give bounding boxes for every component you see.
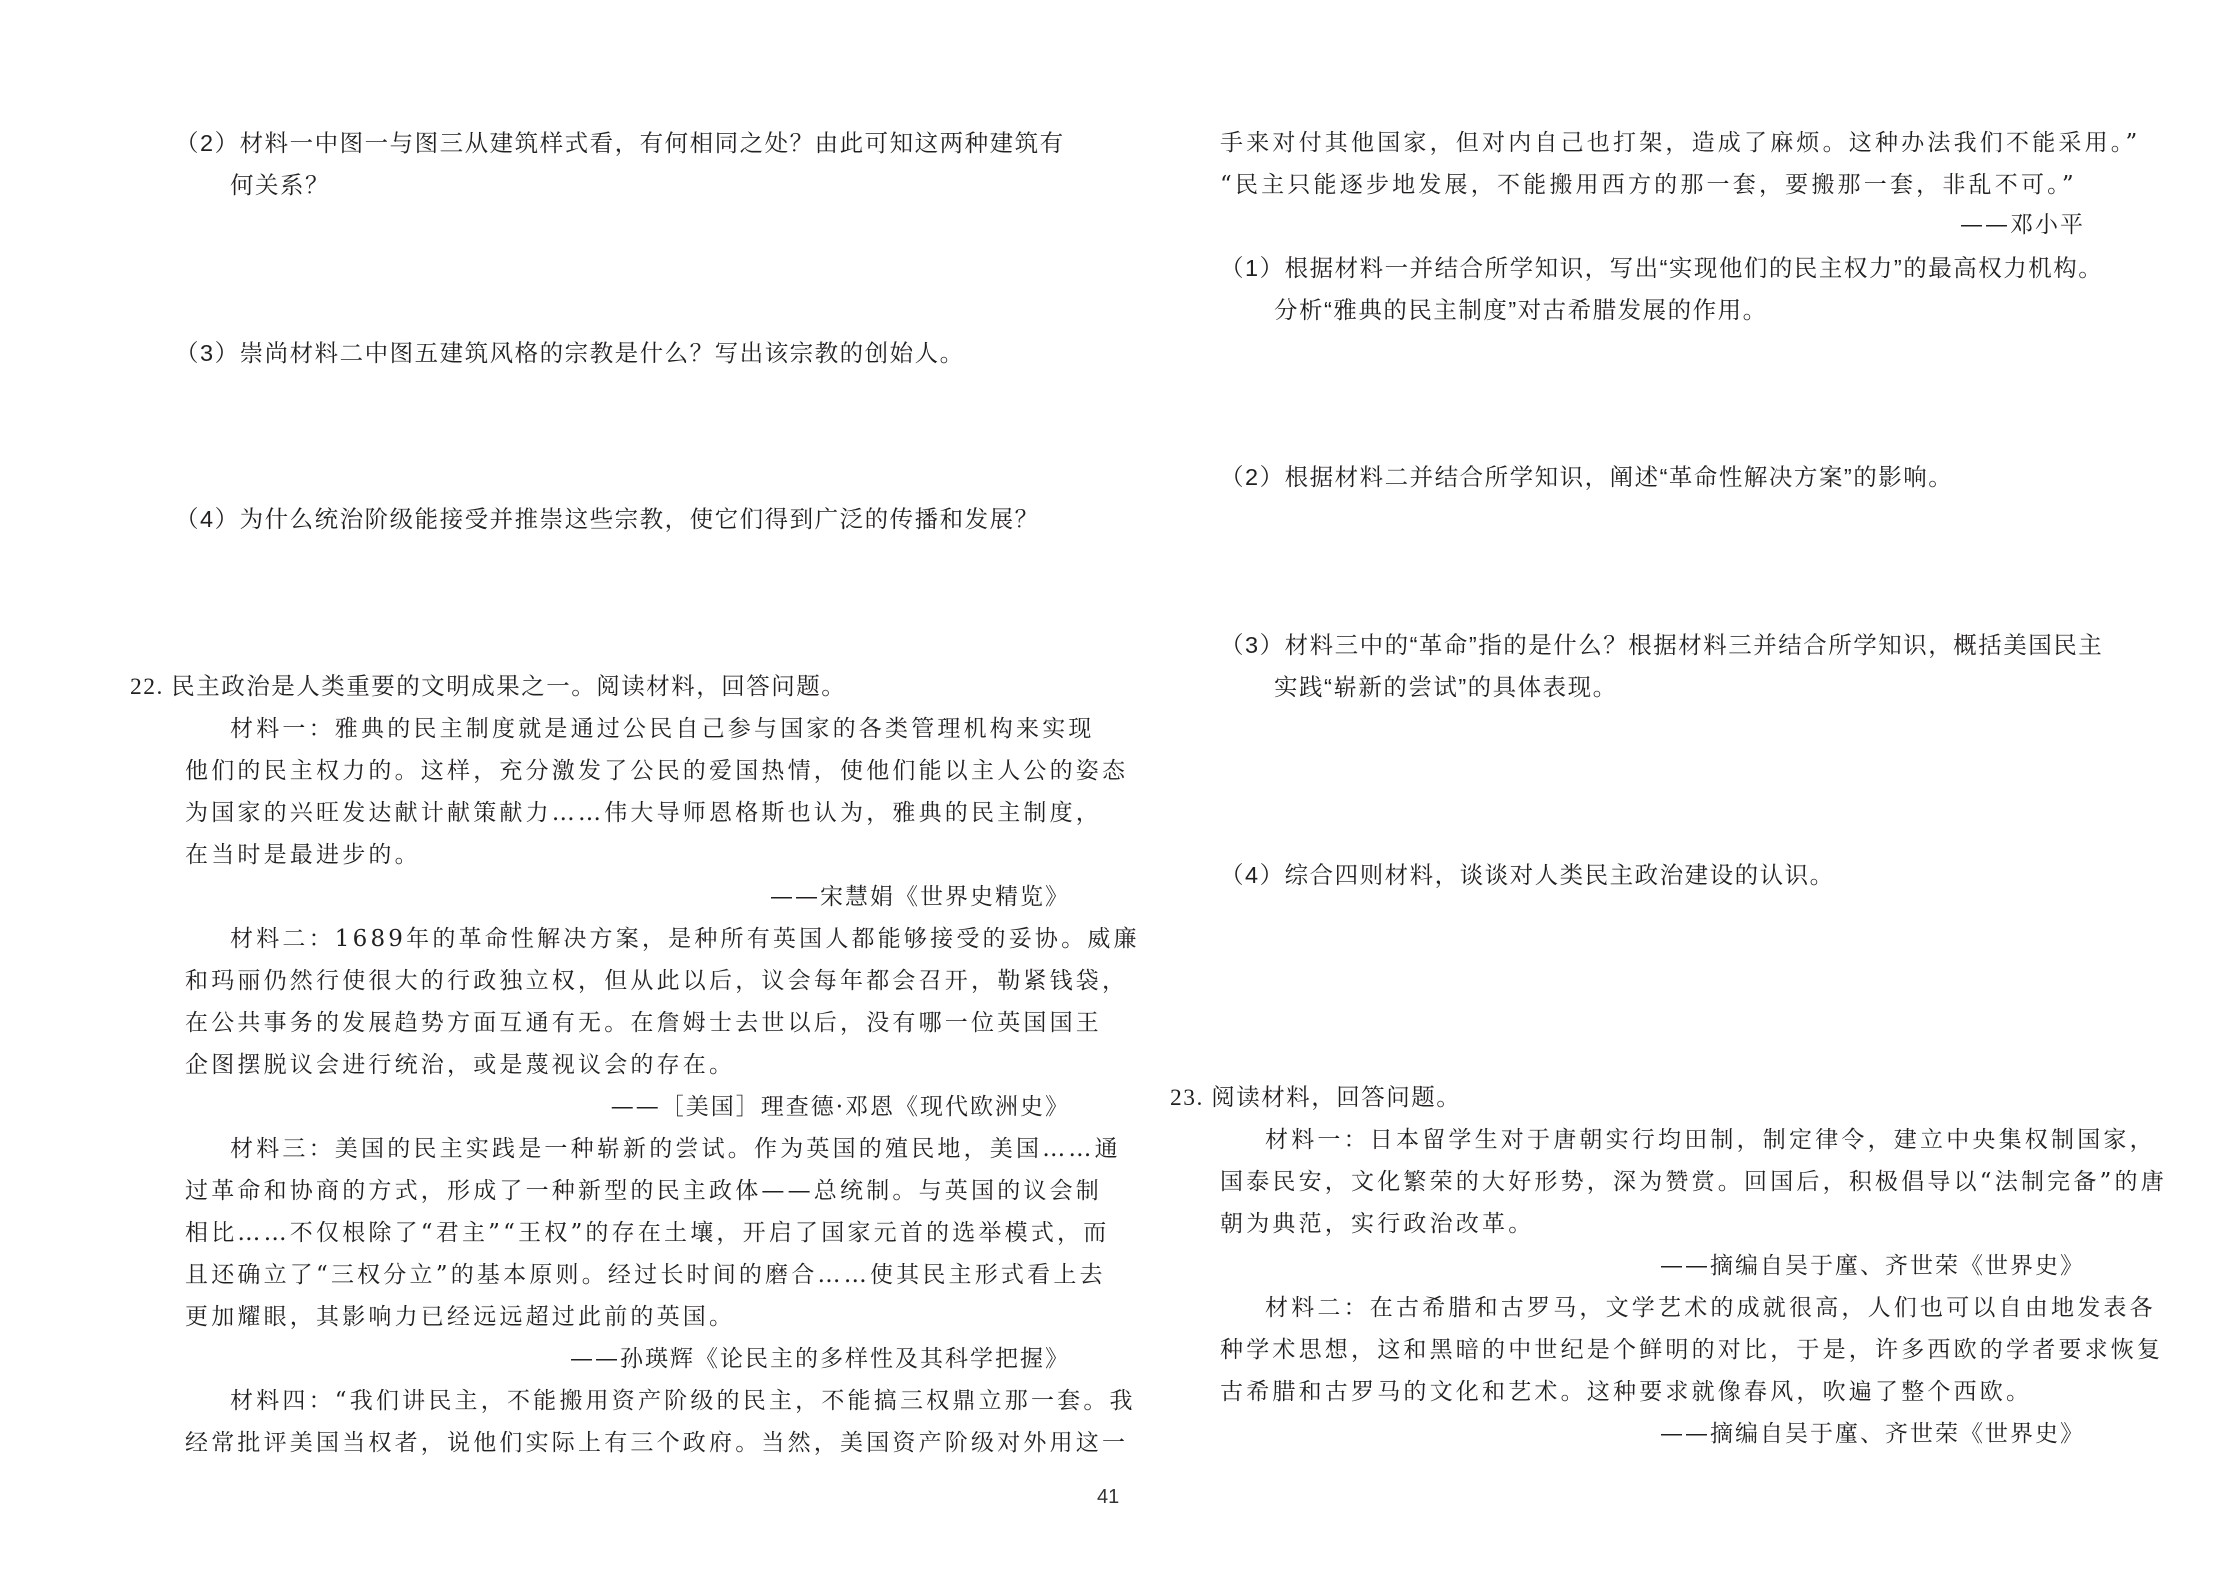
q22-material3-line4: 且还确立了“三权分立”的基本原则。经过长时间的磨合……使其民主形式看上去 xyxy=(185,1260,1106,1290)
q22-material3-source: ——孙瑛辉《论民主的多样性及其科学把握》 xyxy=(570,1344,1070,1374)
q22-material3-line5: 更加耀眼，其影响力已经远远超过此前的英国。 xyxy=(185,1302,735,1332)
q23-material1-line1: 材料一：日本留学生对于唐朝实行均田制，制定律令，建立中央集权制国家， xyxy=(1265,1125,2156,1155)
q22-material4-line3: 手来对付其他国家，但对内自己也打架，造成了麻烦。这种办法我们不能采用。” xyxy=(1220,128,2140,158)
q23-material2-line3: 古希腊和古罗马的文化和艺术。这种要求就像春风，吹遍了整个西欧。 xyxy=(1220,1377,2032,1407)
q22-material2-line1: 材料二：1689年的革命性解决方案，是种所有英国人都能够接受的妥协。威廉 xyxy=(230,924,1140,954)
page-number: 41 xyxy=(1097,1486,1119,1509)
exam-page: （2）材料一中图一与图三从建筑样式看，有何相同之处？由此可知这两种建筑有 何关系… xyxy=(0,0,2220,1571)
q21-sub3: （3）崇尚材料二中图五建筑风格的宗教是什么？写出该宗教的创始人。 xyxy=(175,338,965,368)
q22-material3-line1: 材料三：美国的民主实践是一种崭新的尝试。作为英国的殖民地，美国……通 xyxy=(230,1134,1121,1164)
q22-sub1-line2: 分析“雅典的民主制度”对古希腊发展的作用。 xyxy=(1274,295,1768,325)
q21-sub4: （4）为什么统治阶级能接受并推崇这些宗教，使它们得到广泛的传播和发展？ xyxy=(175,504,1040,534)
q22-material2-line2: 和玛丽仍然行使很大的行政独立权，但从此以后，议会每年都会召开，勒紧钱袋， xyxy=(185,966,1128,996)
q22-material1-line2: 他们的民主权力的。这样，充分激发了公民的爱国热情，使他们能以主人公的姿态 xyxy=(185,756,1128,786)
q22-material1-line4: 在当时是最进步的。 xyxy=(185,840,421,870)
q22-material1-source: ——宋慧娟《世界史精览》 xyxy=(770,882,1070,912)
q23-material1-source: ——摘编自吴于廑、齐世荣《世界史》 xyxy=(1660,1251,2085,1281)
q23-material2-line1: 材料二：在古希腊和古罗马，文学艺术的成就很高，人们也可以自由地发表各 xyxy=(1265,1293,2156,1323)
q22-material4-source: ——邓小平 xyxy=(1960,210,2085,240)
q22-sub4: （4）综合四则材料，谈谈对人类民主政治建设的认识。 xyxy=(1220,860,1835,890)
q22-material2-line4: 企图摆脱议会进行统治，或是蔑视议会的存在。 xyxy=(185,1050,735,1080)
q22-material2-line3: 在公共事务的发展趋势方面互通有无。在詹姆士去世以后，没有哪一位英国国王 xyxy=(185,1008,1102,1038)
q22-sub1-line1: （1）根据材料一并结合所学知识，写出“实现他们的民主权力”的最高权力机构。 xyxy=(1220,253,2103,283)
q22-sub2: （2）根据材料二并结合所学知识，阐述“革命性解决方案”的影响。 xyxy=(1220,462,1953,492)
q22-material3-line2: 过革命和协商的方式，形成了一种新型的民主政体——总统制。与英国的议会制 xyxy=(185,1176,1102,1206)
q22-material3-line3: 相比……不仅根除了“君主”“王权”的存在土壤，开启了国家元首的选举模式，而 xyxy=(185,1218,1109,1248)
q21-sub2-line2: 何关系？ xyxy=(230,170,330,200)
q22-sub3-line1: （3）材料三中的“革命”指的是什么？根据材料三并结合所学知识，概括美国民主 xyxy=(1220,630,2103,660)
q22-material1-line3: 为国家的兴旺发达献计献策献力……伟大导师恩格斯也认为，雅典的民主制度， xyxy=(185,798,1102,828)
q22-stem: 22. 民主政治是人类重要的文明成果之一。阅读材料，回答问题。 xyxy=(130,672,846,702)
q23-material2-source: ——摘编自吴于廑、齐世荣《世界史》 xyxy=(1660,1419,2085,1449)
q22-material4-line4: “民主只能逐步地发展，不能搬用西方的那一套，要搬那一套，非乱不可。” xyxy=(1220,170,2077,200)
q22-material2-source: ——［美国］理查德·邓恩《现代欧洲史》 xyxy=(611,1092,1070,1122)
q23-material2-line2: 种学术思想，这和黑暗的中世纪是个鲜明的对比，于是，许多西欧的学者要求恢复 xyxy=(1220,1335,2163,1365)
q23-material1-line3: 朝为典范，实行政治改革。 xyxy=(1220,1209,1534,1239)
q22-material4-line1: 材料四：“我们讲民主，不能搬用资产阶级的民主，不能搞三权鼎立那一套。我 xyxy=(230,1386,1136,1416)
q21-sub2-line1: （2）材料一中图一与图三从建筑样式看，有何相同之处？由此可知这两种建筑有 xyxy=(175,128,1065,158)
q22-sub3-line2: 实践“崭新的尝试”的具体表现。 xyxy=(1274,672,1618,702)
q22-material4-line2: 经常批评美国当权者，说他们实际上有三个政府。当然，美国资产阶级对外用这一 xyxy=(185,1428,1128,1458)
q23-stem: 23. 阅读材料，回答问题。 xyxy=(1170,1083,1461,1113)
q23-material1-line2: 国泰民安，文化繁荣的大好形势，深为赞赏。回国后，积极倡导以“法制完备”的唐 xyxy=(1220,1167,2167,1197)
q22-material1-line1: 材料一：雅典的民主制度就是通过公民自己参与国家的各类管理机构来实现 xyxy=(230,714,1095,744)
